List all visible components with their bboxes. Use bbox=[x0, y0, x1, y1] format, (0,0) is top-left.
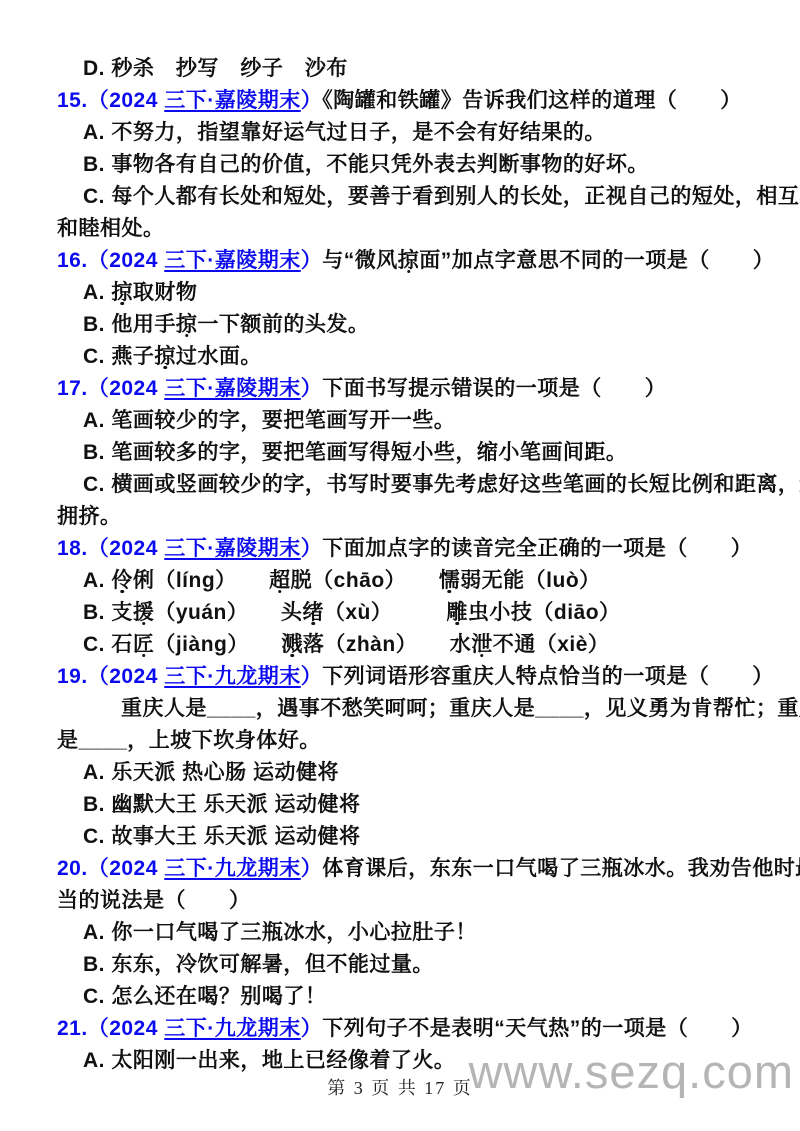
q20-option-a: A. 你一口气喝了三瓶冰水，小心拉肚子！ bbox=[83, 917, 760, 949]
q21-header-citation-link[interactable]: ） bbox=[301, 1017, 323, 1040]
q19-passage-line2: 是____，上坡下坎身体好。 bbox=[57, 725, 760, 757]
q18-option-a: A. 伶俐（líng） 超脱（chāo） 懦弱无能（luò） bbox=[83, 565, 760, 597]
q20-option-c-text: C. 怎么还在喝？别喝了！ bbox=[83, 985, 326, 1008]
q15-option-c: C. 每个人都有长处和短处，要善于看到别人的长处，正视自己的短处，相互尊重， bbox=[83, 181, 760, 213]
q19-header-citation-link[interactable]: 三下·九龙期末 bbox=[164, 665, 301, 688]
q21-header-citation-link[interactable]: 三下·九龙期末 bbox=[164, 1017, 301, 1040]
q18-option-a-dotted-char: 懦 bbox=[439, 569, 461, 592]
q18-option-a-text: 弱无能（luò） bbox=[460, 569, 601, 592]
q17-option-b-text: B. 笔画较多的字，要把笔画写得短小些，缩小笔画间距。 bbox=[83, 441, 627, 464]
q16-option-a-dotted-char: 掠 bbox=[111, 281, 133, 304]
q18-header: 18.（2024 三下·嘉陵期末）下面加点字的读音完全正确的一项是（ ） bbox=[57, 533, 760, 565]
q16-header-citation-link[interactable]: 三下·嘉陵期末 bbox=[164, 249, 301, 272]
q18-option-b-text: 虫小技（diāo） bbox=[468, 601, 621, 624]
q18-option-a-text: 脱（chāo） bbox=[291, 569, 439, 592]
q15-option-a: A. 不努力，指望靠好运气过日子，是不会有好结果的。 bbox=[83, 117, 760, 149]
q18-option-c-dotted-char: 溅 bbox=[281, 633, 303, 656]
q18-option-c-text: （jiàng） bbox=[154, 633, 281, 656]
q18-header-citation-link[interactable]: 三下·嘉陵期末 bbox=[164, 537, 301, 560]
q18-option-b-text: （yuán） 头 bbox=[154, 601, 302, 624]
q18-option-b-dotted-char: 雕 bbox=[446, 601, 468, 624]
q17-option-a: A. 笔画较少的字，要把笔画写开一些。 bbox=[83, 405, 760, 437]
q16-option-c-dotted-char: 掠 bbox=[154, 345, 176, 368]
q15-option-b: B. 事物各有自己的价值，不能只凭外表去判断事物的好坏。 bbox=[83, 149, 760, 181]
q16-option-c: C. 燕子掠过水面。 bbox=[83, 341, 760, 373]
q15-option-b-text: B. 事物各有自己的价值，不能只凭外表去判断事物的好坏。 bbox=[83, 153, 649, 176]
q16-option-b: B. 他用手掠一下额前的头发。 bbox=[83, 309, 760, 341]
document-lines: D. 秒杀 抄写 纱子 沙布15.（2024 三下·嘉陵期末）《陶罐和铁罐》告诉… bbox=[0, 53, 800, 1077]
q15-option-c-cont-text: 和睦相处。 bbox=[57, 217, 165, 240]
q20-option-a-text: A. 你一口气喝了三瓶冰水，小心拉肚子！ bbox=[83, 921, 477, 944]
q21-header: 21.（2024 三下·九龙期末）下列句子不是表明“天气热”的一项是（ ） bbox=[57, 1013, 760, 1045]
q16-option-a-text: 取财物 bbox=[133, 281, 198, 304]
q18-option-c-text: C. 石 bbox=[83, 633, 133, 656]
q17-option-b: B. 笔画较多的字，要把笔画写得短小些，缩小笔画间距。 bbox=[83, 437, 760, 469]
q20-option-c: C. 怎么还在喝？别喝了！ bbox=[83, 981, 760, 1013]
exam-document-page: D. 秒杀 抄写 纱子 沙布15.（2024 三下·嘉陵期末）《陶罐和铁罐》告诉… bbox=[0, 0, 800, 1131]
q16-option-c-text: 过水面。 bbox=[176, 345, 262, 368]
q18-option-b-text: B. 支 bbox=[83, 601, 133, 624]
q19-option-b-text: B. 幽默大王 乐天派 运动健将 bbox=[83, 793, 361, 816]
q19-option-c: C. 故事大王 乐天派 运动健将 bbox=[83, 821, 760, 853]
q17-option-c-cont-text: 拥挤。 bbox=[57, 505, 122, 528]
q15-header-citation-link[interactable]: 15.（2024 bbox=[57, 89, 164, 112]
q19-option-a: A. 乐天派 热心肠 运动健将 bbox=[83, 757, 760, 789]
q15-option-a-text: A. 不努力，指望靠好运气过日子，是不会有好结果的。 bbox=[83, 121, 606, 144]
q14-option-d: D. 秒杀 抄写 纱子 沙布 bbox=[83, 53, 760, 85]
q17-option-c: C. 横画或竖画较少的字，书写时要事先考虑好这些笔画的长短比例和距离，避免 bbox=[83, 469, 760, 501]
q20-header: 20.（2024 三下·九龙期末）体育课后，东东一口气喝了三瓶冰水。我劝告他时最… bbox=[57, 853, 760, 885]
q15-header-citation-link[interactable]: 三下·嘉陵期末 bbox=[164, 89, 301, 112]
q19-header-citation-link[interactable]: ） bbox=[301, 665, 323, 688]
q19-header-citation-link[interactable]: 19.（2024 bbox=[57, 665, 164, 688]
q17-option-a-text: A. 笔画较少的字，要把笔画写开一些。 bbox=[83, 409, 455, 432]
q19-header: 19.（2024 三下·九龙期末）下列词语形容重庆人特点恰当的一项是（ ） bbox=[57, 661, 760, 693]
q16-header: 16.（2024 三下·嘉陵期末）与“微风掠面”加点字意思不同的一项是（ ） bbox=[57, 245, 760, 277]
q18-header-text: 下面加点字的读音完全正确的一项是（ ） bbox=[322, 537, 752, 560]
q19-passage-line2-text: 是____，上坡下坎身体好。 bbox=[57, 729, 321, 752]
q19-header-text: 下列词语形容重庆人特点恰当的一项是（ ） bbox=[322, 665, 774, 688]
q14-option-d-text: D. 秒杀 抄写 纱子 沙布 bbox=[83, 57, 348, 80]
q20-header-cont-text: 当的说法是（ ） bbox=[57, 889, 251, 912]
q15-option-c-cont: 和睦相处。 bbox=[57, 213, 760, 245]
q17-header: 17.（2024 三下·嘉陵期末）下面书写提示错误的一项是（ ） bbox=[57, 373, 760, 405]
q19-option-c-text: C. 故事大王 乐天派 运动健将 bbox=[83, 825, 361, 848]
q18-option-a-text: A. bbox=[83, 569, 111, 592]
q21-header-citation-link[interactable]: 21.（2024 bbox=[57, 1017, 164, 1040]
q17-header-citation-link[interactable]: 17.（2024 bbox=[57, 377, 164, 400]
q18-option-a-dotted-char: 超 bbox=[269, 569, 291, 592]
q18-option-b-text: （xù） bbox=[324, 601, 447, 624]
q18-header-citation-link[interactable]: 18.（2024 bbox=[57, 537, 164, 560]
q20-header-text: 体育课后，东东一口气喝了三瓶冰水。我劝告他时最恰 bbox=[322, 857, 800, 880]
q20-header-cont: 当的说法是（ ） bbox=[57, 885, 760, 917]
q15-header: 15.（2024 三下·嘉陵期末）《陶罐和铁罐》告诉我们这样的道理（ ） bbox=[57, 85, 760, 117]
q19-option-a-text: A. 乐天派 热心肠 运动健将 bbox=[83, 761, 339, 784]
q18-option-a-dotted-char: 伶 bbox=[111, 569, 133, 592]
q16-option-b-dotted-char: 掠 bbox=[176, 313, 198, 336]
q18-option-c-text: 不通（xiè） bbox=[493, 633, 610, 656]
q21-option-a-text: A. 太阳刚一出来，地上已经像着了火。 bbox=[83, 1049, 455, 1072]
q16-header-citation-link[interactable]: 16.（2024 bbox=[57, 249, 164, 272]
q18-option-a-text: 俐（líng） bbox=[133, 569, 269, 592]
q17-header-text: 下面书写提示错误的一项是（ ） bbox=[322, 377, 666, 400]
q21-header-text: 下列句子不是表明“天气热”的一项是（ ） bbox=[322, 1017, 753, 1040]
q18-option-c-text: 落（zhàn） 水 bbox=[303, 633, 471, 656]
q17-header-citation-link[interactable]: 三下·嘉陵期末 bbox=[164, 377, 301, 400]
q16-option-a: A. 掠取财物 bbox=[83, 277, 760, 309]
q20-option-b-text: B. 东东，冷饮可解暑，但不能过量。 bbox=[83, 953, 434, 976]
q20-header-citation-link[interactable]: 20.（2024 bbox=[57, 857, 164, 880]
q15-header-citation-link[interactable]: ） bbox=[301, 89, 323, 112]
q16-header-text: 与“微风 bbox=[322, 249, 398, 272]
q17-option-c-text: C. 横画或竖画较少的字，书写时要事先考虑好这些笔画的长短比例和距离，避免 bbox=[83, 473, 800, 496]
q15-option-c-text: C. 每个人都有长处和短处，要善于看到别人的长处，正视自己的短处，相互尊重， bbox=[83, 185, 800, 208]
q18-option-b-dotted-char: 绪 bbox=[302, 601, 324, 624]
q19-option-b: B. 幽默大王 乐天派 运动健将 bbox=[83, 789, 760, 821]
q18-header-citation-link[interactable]: ） bbox=[301, 537, 323, 560]
q16-header-citation-link[interactable]: ） bbox=[301, 249, 323, 272]
q16-header-dotted-char: 掠 bbox=[398, 249, 420, 272]
q20-header-citation-link[interactable]: ） bbox=[301, 857, 323, 880]
q16-header-text: 面”加点字意思不同的一项是（ ） bbox=[419, 249, 774, 272]
q16-option-b-text: B. 他用手 bbox=[83, 313, 176, 336]
q18-option-b-dotted-char: 援 bbox=[133, 601, 155, 624]
q16-option-b-text: 一下额前的头发。 bbox=[197, 313, 369, 336]
q19-passage-line1-text: 重庆人是____，遇事不愁笑呵呵；重庆人是____，见义勇为肯帮忙；重庆人 bbox=[121, 697, 800, 720]
q17-header-citation-link[interactable]: ） bbox=[301, 377, 323, 400]
q18-option-b: B. 支援（yuán） 头绪（xù） 雕虫小技（diāo） bbox=[83, 597, 760, 629]
q20-option-b: B. 东东，冷饮可解暑，但不能过量。 bbox=[83, 949, 760, 981]
q18-option-c: C. 石匠（jiàng） 溅落（zhàn） 水泄不通（xiè） bbox=[83, 629, 760, 661]
q17-option-c-cont: 拥挤。 bbox=[57, 501, 760, 533]
q20-header-citation-link[interactable]: 三下·九龙期末 bbox=[164, 857, 301, 880]
q16-option-c-text: C. 燕子 bbox=[83, 345, 154, 368]
q18-option-c-dotted-char: 泄 bbox=[471, 633, 493, 656]
q15-header-text: 《陶罐和铁罐》告诉我们这样的道理（ ） bbox=[322, 89, 742, 112]
q16-option-a-text: A. bbox=[83, 281, 111, 304]
q18-option-c-dotted-char: 匠 bbox=[133, 633, 155, 656]
q19-passage-line1: 重庆人是____，遇事不愁笑呵呵；重庆人是____，见义勇为肯帮忙；重庆人 bbox=[121, 693, 760, 725]
site-watermark: www.sezq.com bbox=[469, 1044, 794, 1099]
